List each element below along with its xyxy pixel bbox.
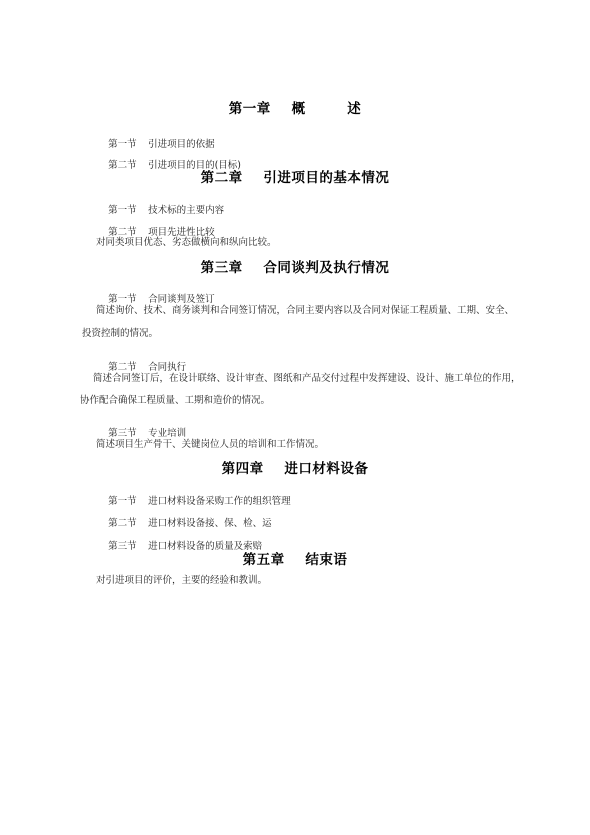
chapter-3-section-1-paragraph-line-2: 投资控制的情况。 bbox=[82, 325, 158, 339]
chapter-3-section-3-paragraph: 简述项目生产骨干、关键岗位人员的培训和工作情况。 bbox=[96, 436, 324, 450]
chapter-2-title: 第二章 引进项目的基本情况 bbox=[0, 166, 590, 186]
chapter-3-section-1-paragraph-line-1: 简述询价、技术、商务谈判和合同签订情况，合同主要内容以及合同对保证工程质量、工期… bbox=[96, 302, 514, 316]
document-page: 第一章 概 述 第一节引进项目的依据 第二节引进项目的目的(目标) 第二章 引进… bbox=[0, 0, 590, 835]
chapter-3-section-2-paragraph-line-1: 简述合同签订后，在设计联络、设计审查、图纸和产品交付过程中发挥建设、设计、施工单… bbox=[93, 370, 521, 384]
chapter-3-section-2-paragraph-line-2: 协作配合确保工程质量、工期和造价的情况。 bbox=[80, 392, 270, 406]
chapter-5-title: 第五章 结束语 bbox=[0, 548, 590, 568]
chapter-3-title: 第三章 合同谈判及执行情况 bbox=[0, 256, 590, 276]
chapter-1-title: 第一章 概 述 bbox=[0, 97, 590, 117]
chapter-2-paragraph: 对同类项目优态、劣态做横向和纵向比较。 bbox=[96, 234, 277, 248]
chapter-5-paragraph: 对引进项目的评价，主要的经验和教训。 bbox=[96, 572, 267, 586]
chapter-4-title: 第四章 进口材料设备 bbox=[0, 457, 590, 477]
